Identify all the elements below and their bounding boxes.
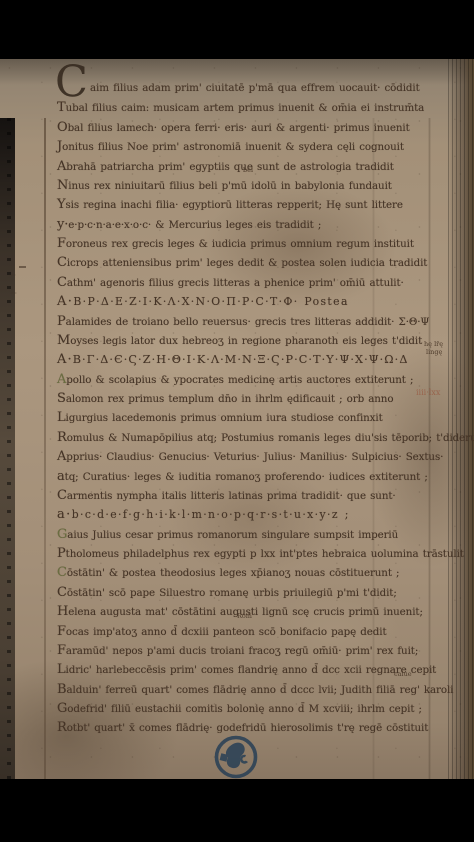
manuscript-line: Romulus & Numapōpilius atq; Postumius ro…: [57, 428, 461, 447]
manuscript-line: Faramūd' nepos p'ami ducis troiani fraco…: [57, 641, 461, 660]
manuscript-line: Ligurgius lacedemonis primus omnium iura…: [57, 408, 461, 427]
manuscript-line-greek-alphabet: Α·Β·Γ·Δ·Є·Ϛ·Ζ·Η·Θ·Ι·Κ·Λ·Μ·Ν·Ξ·Ϛ·Ρ·C·Τ·Υ·…: [57, 350, 461, 369]
interlinear-gloss-rom: Rom̄: [237, 613, 252, 620]
marginal-gloss-he-lre: hę lr̄ę: [424, 341, 443, 348]
manuscript-line: Salomon rex primus templum dn̄o in ihrlm…: [57, 389, 461, 408]
interlinear-gloss-bel: bel: [243, 167, 253, 174]
manuscript-line: y·e·p·c·n·a·e·x·o·c· & Mercurius leges e…: [57, 215, 461, 234]
marginal-gloss-linge: lingę: [426, 349, 442, 356]
ruling-line: [44, 118, 46, 838]
manuscript-line: Cathm' agenoris filius grecis litteras a…: [57, 273, 461, 292]
faded-marginal-date: iiii·lxx: [416, 389, 440, 396]
interlinear-gloss-calue: calue: [394, 671, 412, 678]
manuscript-line: Gaius Julius cesar primus romanorum sing…: [57, 525, 461, 544]
manuscript-photo: C aim filius adam prim' ciuitatē p'mā qu…: [0, 0, 474, 842]
text-column: aim filius adam prim' ciuitatē p'mā qua …: [57, 79, 461, 738]
manuscript-line: Ysis regina inachi filia· egyptiorū litt…: [57, 195, 461, 214]
marginal-marks: [19, 266, 26, 268]
manuscript-line: Ninus rex niniuitarū filius beli p'mū id…: [57, 176, 461, 195]
manuscript-line: Obal filius lamech· opera ferri· eris· a…: [57, 118, 461, 137]
manuscript-line-greek-latin-alphabet: A·B·P·Δ·E·Z·I·K·Λ·X·N·O·Π·P·C·T·Φ· Poste…: [57, 292, 461, 311]
manuscript-line: Jonitus filius Noe prim' astronomiā inue…: [57, 137, 461, 156]
library-stamp: [212, 733, 260, 781]
manuscript-line: Moyses legis lator dux hebreoʒ in region…: [57, 331, 461, 350]
manuscript-line: Godefrid' filiū eustachii comitis boloni…: [57, 699, 461, 718]
manuscript-line: Cicrops atteniensibus prim' leges dedit …: [57, 253, 461, 272]
manuscript-line: Focas imp'atoʒ anno d̄ dcxiii panteon sc…: [57, 622, 461, 641]
manuscript-line: Apollo & scolapius & ypocrates medicinę …: [57, 370, 461, 389]
manuscript-line: Palamides de troiano bello reuersus· gre…: [57, 312, 461, 331]
manuscript-line: atq; Curatius· leges & iuditia romanoʒ p…: [57, 467, 461, 486]
manuscript-line: Helena augusta mat' cōstātini augusti li…: [57, 602, 461, 621]
manuscript-line: Cōstātin' scō pape Siluestro romanę urbi…: [57, 583, 461, 602]
manuscript-line: Cōstātin' & postea theodosius leges xp̄i…: [57, 563, 461, 582]
book-gutter-edge: [0, 118, 15, 838]
manuscript-line: Balduin' ferreū quart' comes flādrię ann…: [57, 680, 461, 699]
manuscript-line: Foroneus rex grecis leges & iudicia prim…: [57, 234, 461, 253]
manuscript-line-latin-alphabet: a·b·c·d·e·f·g·h·i·k·l·m·n·o·p·q·r·s·t·u·…: [57, 505, 461, 524]
letterbox-top-bar: [0, 0, 474, 59]
manuscript-line: Ptholomeus philadelphus rex egypti p lxx…: [57, 544, 461, 563]
letterbox-bottom-bar: [0, 779, 474, 842]
manuscript-line: Apprius· Claudius· Genucius· Veturius· J…: [57, 447, 461, 466]
manuscript-line: aim filius adam prim' ciuitatē p'mā qua …: [57, 79, 461, 98]
manuscript-line: Tubal filius caim: musicam artem primus …: [57, 98, 461, 117]
manuscript-line: Carmentis nympha italis litteris latinas…: [57, 486, 461, 505]
manuscript-line: Abrahā patriarcha prim' egyptiis que sun…: [57, 157, 461, 176]
